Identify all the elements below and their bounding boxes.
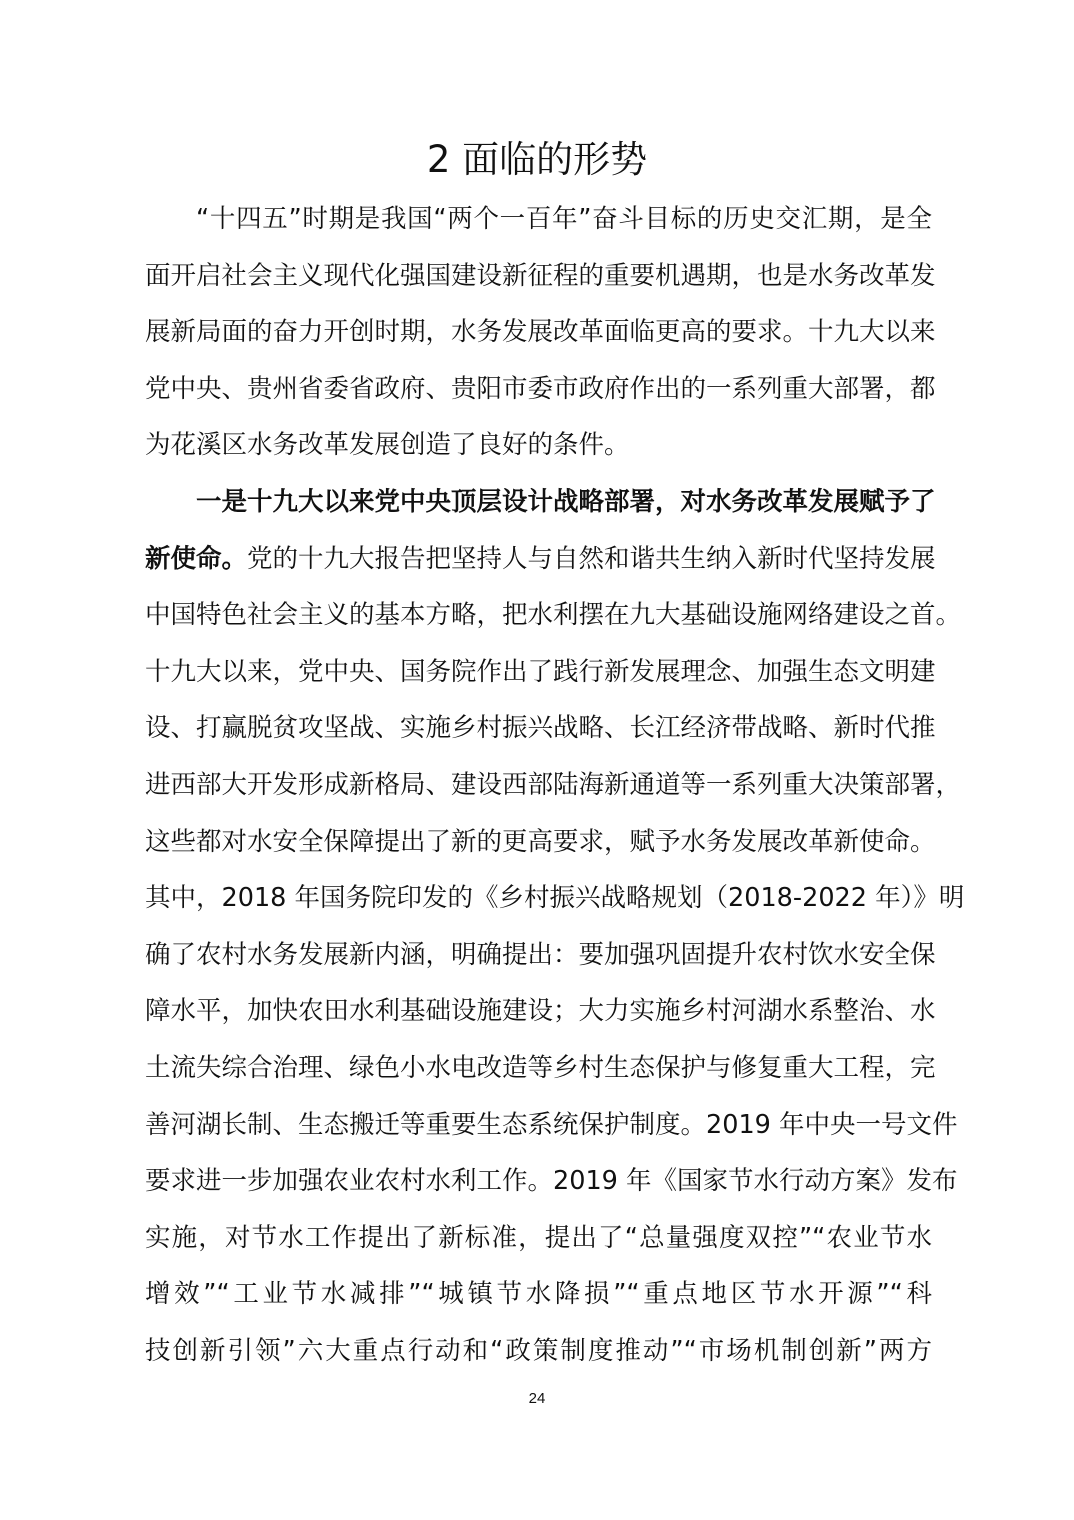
page-number: 24 [0, 1389, 1074, 1409]
paragraph-line: 要求进一步加强农业农村水利工作。2019 年《国家节水行动方案》发布 [145, 1153, 932, 1210]
paragraph-line: 为花溪区水务改革发展创造了良好的条件。 [145, 417, 932, 474]
paragraph-line: 土流失综合治理、绿色小水电改造等乡村生态保护与修复重大工程，完 [145, 1040, 932, 1097]
paragraph-line: 新使命。党的十九大报告把坚持人与自然和谐共生纳入新时代坚持发展 [145, 531, 932, 588]
document-body: “十四五”时期是我国“两个一百年”奋斗目标的历史交汇期，是全 面开启社会主义现代… [145, 191, 932, 1379]
paragraph-situation-intro: “十四五”时期是我国“两个一百年”奋斗目标的历史交汇期，是全 面开启社会主义现代… [145, 191, 932, 474]
paragraph-line: 善河湖长制、生态搬迁等重要生态系统保护制度。2019 年中央一号文件 [145, 1097, 932, 1154]
paragraph-line-rest: 党的十九大报告把坚持人与自然和谐共生纳入新时代坚持发展 [247, 544, 936, 574]
paragraph-line: 确了农村水务发展新内涵，明确提出：要加强巩固提升农村饮水安全保 [145, 927, 932, 984]
paragraph-bold-lead: 一是十九大以来党中央顶层设计战略部署，对水务改革发展赋予了 [145, 474, 932, 531]
paragraph-line: 展新局面的奋力开创时期，水务发展改革面临更高的要求。十九大以来 [145, 304, 932, 361]
paragraph-line: 设、打赢脱贫攻坚战、实施乡村振兴战略、长江经济带战略、新时代推 [145, 700, 932, 757]
paragraph-line: 障水平，加快农田水利基础设施建设；大力实施乡村河湖水系整治、水 [145, 983, 932, 1040]
paragraph-line: 增效”“工业节水减排”“城镇节水降损”“重点地区节水开源”“科 [145, 1266, 932, 1323]
paragraph-bold-lead-tail: 新使命。 [145, 544, 247, 574]
paragraph-line: 其中，2018 年国务院印发的《乡村振兴战略规划（2018-2022 年）》明 [145, 870, 932, 927]
paragraph-line: 实施，对节水工作提出了新标准，提出了“总量强度双控”“农业节水 [145, 1210, 932, 1267]
document-page: 2 面临的形势 “十四五”时期是我国“两个一百年”奋斗目标的历史交汇期，是全 面… [0, 0, 1074, 1520]
paragraph-line: 面开启社会主义现代化强国建设新征程的重要机遇期，也是水务改革发 [145, 248, 932, 305]
section-title: 2 面临的形势 [0, 134, 1074, 186]
paragraph-line: 十九大以来，党中央、国务院作出了践行新发展理念、加强生态文明建 [145, 644, 932, 701]
paragraph-line: 中国特色社会主义的基本方略，把水利摆在九大基础设施网络建设之首。 [145, 587, 932, 644]
paragraph-line: 进西部大开发形成新格局、建设西部陆海新通道等一系列重大决策部署， [145, 757, 932, 814]
paragraph-line: 技创新引领”六大重点行动和“政策制度推动”“市场机制创新”两方 [145, 1323, 932, 1380]
paragraph-line: 党中央、贵州省委省政府、贵阳市委市政府作出的一系列重大部署，都 [145, 361, 932, 418]
paragraph-new-mission: 一是十九大以来党中央顶层设计战略部署，对水务改革发展赋予了 新使命。党的十九大报… [145, 474, 932, 1380]
paragraph-line: 这些都对水安全保障提出了新的更高要求，赋予水务发展改革新使命。 [145, 814, 932, 871]
paragraph-line: “十四五”时期是我国“两个一百年”奋斗目标的历史交汇期，是全 [145, 191, 932, 248]
